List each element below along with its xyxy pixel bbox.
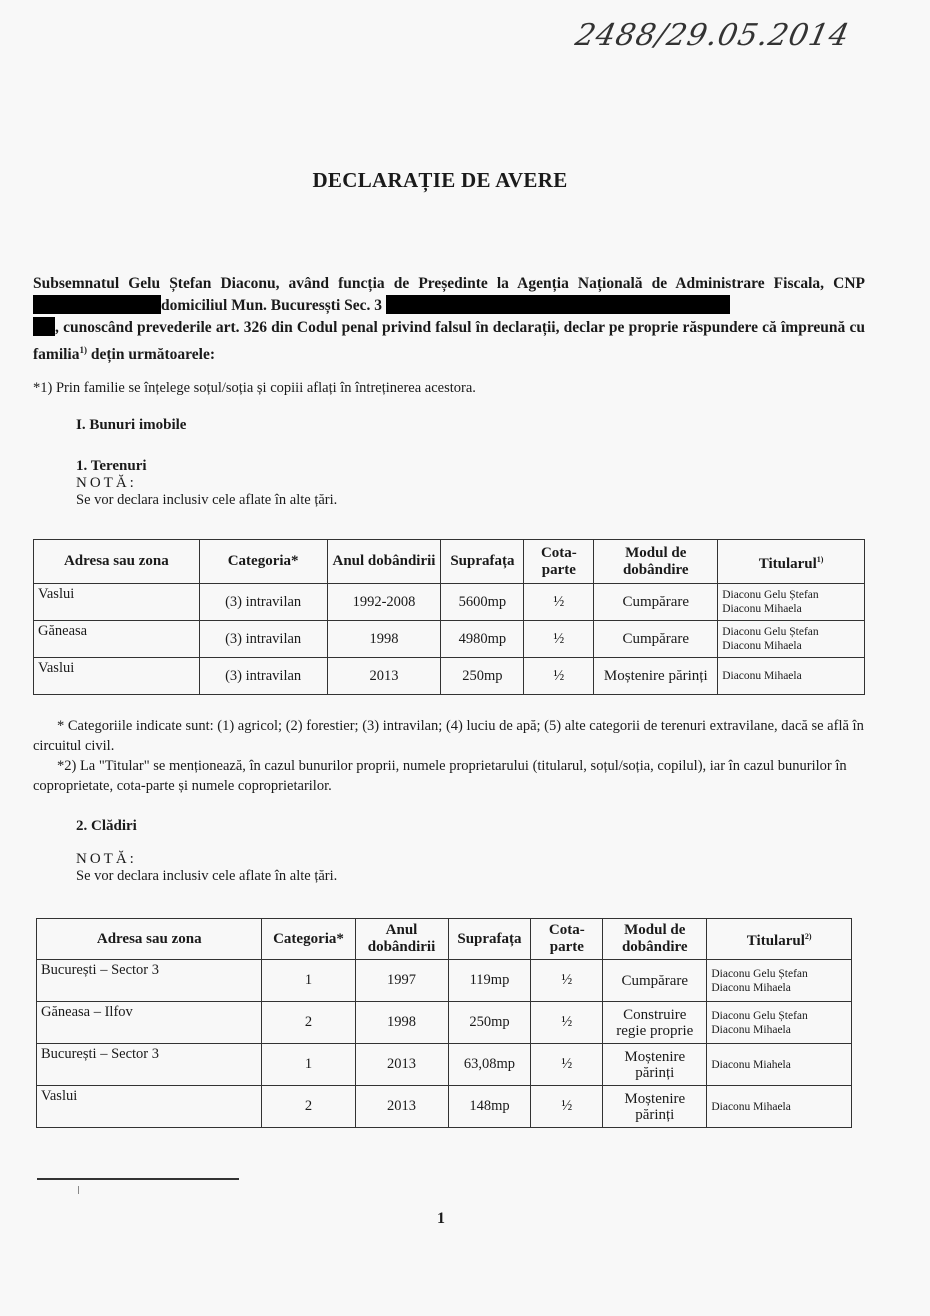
- cell-titular: Diaconu Mihaela: [707, 1086, 852, 1128]
- col-cota: Cota-parte: [531, 919, 603, 960]
- col-titular: Titularul2): [707, 919, 852, 960]
- cell-categoria: 1: [262, 1044, 355, 1086]
- cell-suprafata: 4980mp: [441, 621, 524, 658]
- cell-modul: Construire regie proprie: [603, 1002, 707, 1044]
- cell-adresa: Vaslui: [37, 1086, 262, 1128]
- cell-adresa: Vaslui: [34, 584, 200, 621]
- cell-modul: Moștenire părinți: [603, 1086, 707, 1128]
- cell-categoria: 1: [262, 960, 355, 1002]
- table-row: Vaslui22013148mp½Moștenire părințiDiacon…: [37, 1086, 852, 1128]
- cell-modul: Moștenire părinți: [594, 658, 718, 695]
- col-cota: Cota-parte: [524, 540, 594, 584]
- table-row: Găneasa – Ilfov21998250mp½Construire reg…: [37, 1002, 852, 1044]
- cell-suprafata: 5600mp: [441, 584, 524, 621]
- cell-cota: ½: [531, 960, 603, 1002]
- cell-cota: ½: [531, 1002, 603, 1044]
- table-notes: * Categoriile indicate sunt: (1) agricol…: [33, 716, 873, 796]
- cell-adresa: Găneasa – Ilfov: [37, 1002, 262, 1044]
- col-suprafata: Suprafața: [441, 540, 524, 584]
- cell-adresa: Găneasa: [34, 621, 200, 658]
- cladiri-title: 2. Clădiri: [76, 818, 337, 835]
- redacted-address-cont: [33, 317, 55, 336]
- cell-suprafata: 250mp: [441, 658, 524, 695]
- cell-categoria: (3) intravilan: [199, 621, 327, 658]
- cell-adresa: București – Sector 3: [37, 1044, 262, 1086]
- col-modul: Modul de dobândire: [603, 919, 707, 960]
- col-modul: Modul de dobândire: [594, 540, 718, 584]
- cell-modul: Cumpărare: [594, 584, 718, 621]
- col-suprafata: Suprafața: [448, 919, 531, 960]
- cell-suprafata: 148mp: [448, 1086, 531, 1128]
- col-titular: Titularul1): [718, 540, 865, 584]
- terenuri-title: 1. Terenuri: [76, 458, 337, 475]
- intro-text-4: dețin următoarele:: [87, 346, 215, 363]
- table-row: Vaslui(3) intravilan2013250mp½Moștenire …: [34, 658, 865, 695]
- cladiri-nota-label: NOTĂ:: [76, 851, 337, 868]
- cell-categoria: 2: [262, 1002, 355, 1044]
- intro-sup: 1): [80, 345, 88, 355]
- cell-modul: Cumpărare: [603, 960, 707, 1002]
- cell-modul: Moștenire părinți: [603, 1044, 707, 1086]
- col-adresa: Adresa sau zona: [34, 540, 200, 584]
- col-anul: Anul dobândirii: [327, 540, 441, 584]
- cell-anul: 2013: [355, 1044, 448, 1086]
- cell-categoria: 2: [262, 1086, 355, 1128]
- cell-modul: Cumpărare: [594, 621, 718, 658]
- terenuri-nota-text: Se vor declara inclusiv cele aflate în a…: [76, 492, 337, 509]
- subsection-heading-cladiri: 2. Clădiri NOTĂ: Se vor declara inclusiv…: [76, 818, 337, 885]
- cell-adresa: București – Sector 3: [37, 960, 262, 1002]
- section-heading-imobile: I. Bunuri imobile: [76, 417, 186, 434]
- terenuri-table: Adresa sau zona Categoria* Anul dobândir…: [33, 539, 865, 695]
- col-adresa: Adresa sau zona: [37, 919, 262, 960]
- table-header-row: Adresa sau zona Categoria* Anul dobândir…: [37, 919, 852, 960]
- terenuri-nota-label: NOTĂ:: [76, 475, 337, 492]
- table-row: Vaslui(3) intravilan1992-20085600mp½Cump…: [34, 584, 865, 621]
- table-row: București – Sector 311997119mp½Cumpărare…: [37, 960, 852, 1002]
- declaration-intro: Subsemnatul Gelu Ștefan Diaconu, având f…: [33, 273, 865, 366]
- cell-adresa: Vaslui: [34, 658, 200, 695]
- cell-titular: Diaconu Gelu ȘtefanDiaconu Mihaela: [718, 621, 865, 658]
- cladiri-nota-text: Se vor declara inclusiv cele aflate în a…: [76, 868, 337, 885]
- cell-titular: Diaconu Gelu ȘtefanDiaconu Mihaela: [707, 1002, 852, 1044]
- table-row: București – Sector 31201363,08mp½Moșteni…: [37, 1044, 852, 1086]
- note-titular: *2) La "Titular" se menționează, în cazu…: [33, 756, 873, 796]
- cell-anul: 1992-2008: [327, 584, 441, 621]
- table-row: Găneasa(3) intravilan19984980mp½Cumpărar…: [34, 621, 865, 658]
- table-header-row: Adresa sau zona Categoria* Anul dobândir…: [34, 540, 865, 584]
- cell-anul: 2013: [355, 1086, 448, 1128]
- col-anul: Anul dobândirii: [355, 919, 448, 960]
- cell-categoria: (3) intravilan: [199, 584, 327, 621]
- page-number: 1: [437, 1210, 445, 1228]
- intro-text-2: domiciliul Mun. Bucuresști Sec. 3: [161, 297, 382, 314]
- cell-anul: 1998: [355, 1002, 448, 1044]
- col-categoria: Categoria*: [262, 919, 355, 960]
- redacted-address: [386, 295, 730, 314]
- cell-anul: 1997: [355, 960, 448, 1002]
- footnote-family: *1) Prin familie se înțelege soțul/soția…: [33, 380, 476, 397]
- registration-stamp: 2488/29.05.2014: [572, 18, 853, 53]
- cell-anul: 2013: [327, 658, 441, 695]
- cell-cota: ½: [524, 658, 594, 695]
- cell-titular: Diaconu Mihaela: [718, 658, 865, 695]
- cell-suprafata: 63,08mp: [448, 1044, 531, 1086]
- cell-cota: ½: [524, 621, 594, 658]
- cell-titular: Diaconu Gelu ȘtefanDiaconu Mihaela: [707, 960, 852, 1002]
- cell-suprafata: 250mp: [448, 1002, 531, 1044]
- footnote-mark: [78, 1186, 79, 1194]
- note-categorii: * Categoriile indicate sunt: (1) agricol…: [33, 716, 873, 756]
- cell-cota: ½: [531, 1086, 603, 1128]
- col-categoria: Categoria*: [199, 540, 327, 584]
- intro-text-1: Subsemnatul Gelu Ștefan Diaconu, având f…: [33, 275, 865, 292]
- subsection-heading-terenuri: 1. Terenuri NOTĂ: Se vor declara inclusi…: [76, 458, 337, 509]
- cell-suprafata: 119mp: [448, 960, 531, 1002]
- redacted-cnp: [33, 295, 161, 314]
- cell-cota: ½: [524, 584, 594, 621]
- page-title: DECLARAȚIE DE AVERE: [0, 168, 880, 193]
- footnote-separator: [37, 1178, 239, 1180]
- cell-cota: ½: [531, 1044, 603, 1086]
- cell-titular: Diaconu Gelu ȘtefanDiaconu Mihaela: [718, 584, 865, 621]
- cell-anul: 1998: [327, 621, 441, 658]
- cell-categoria: (3) intravilan: [199, 658, 327, 695]
- cladiri-table: Adresa sau zona Categoria* Anul dobândir…: [36, 918, 852, 1128]
- cell-titular: Diaconu Miahela: [707, 1044, 852, 1086]
